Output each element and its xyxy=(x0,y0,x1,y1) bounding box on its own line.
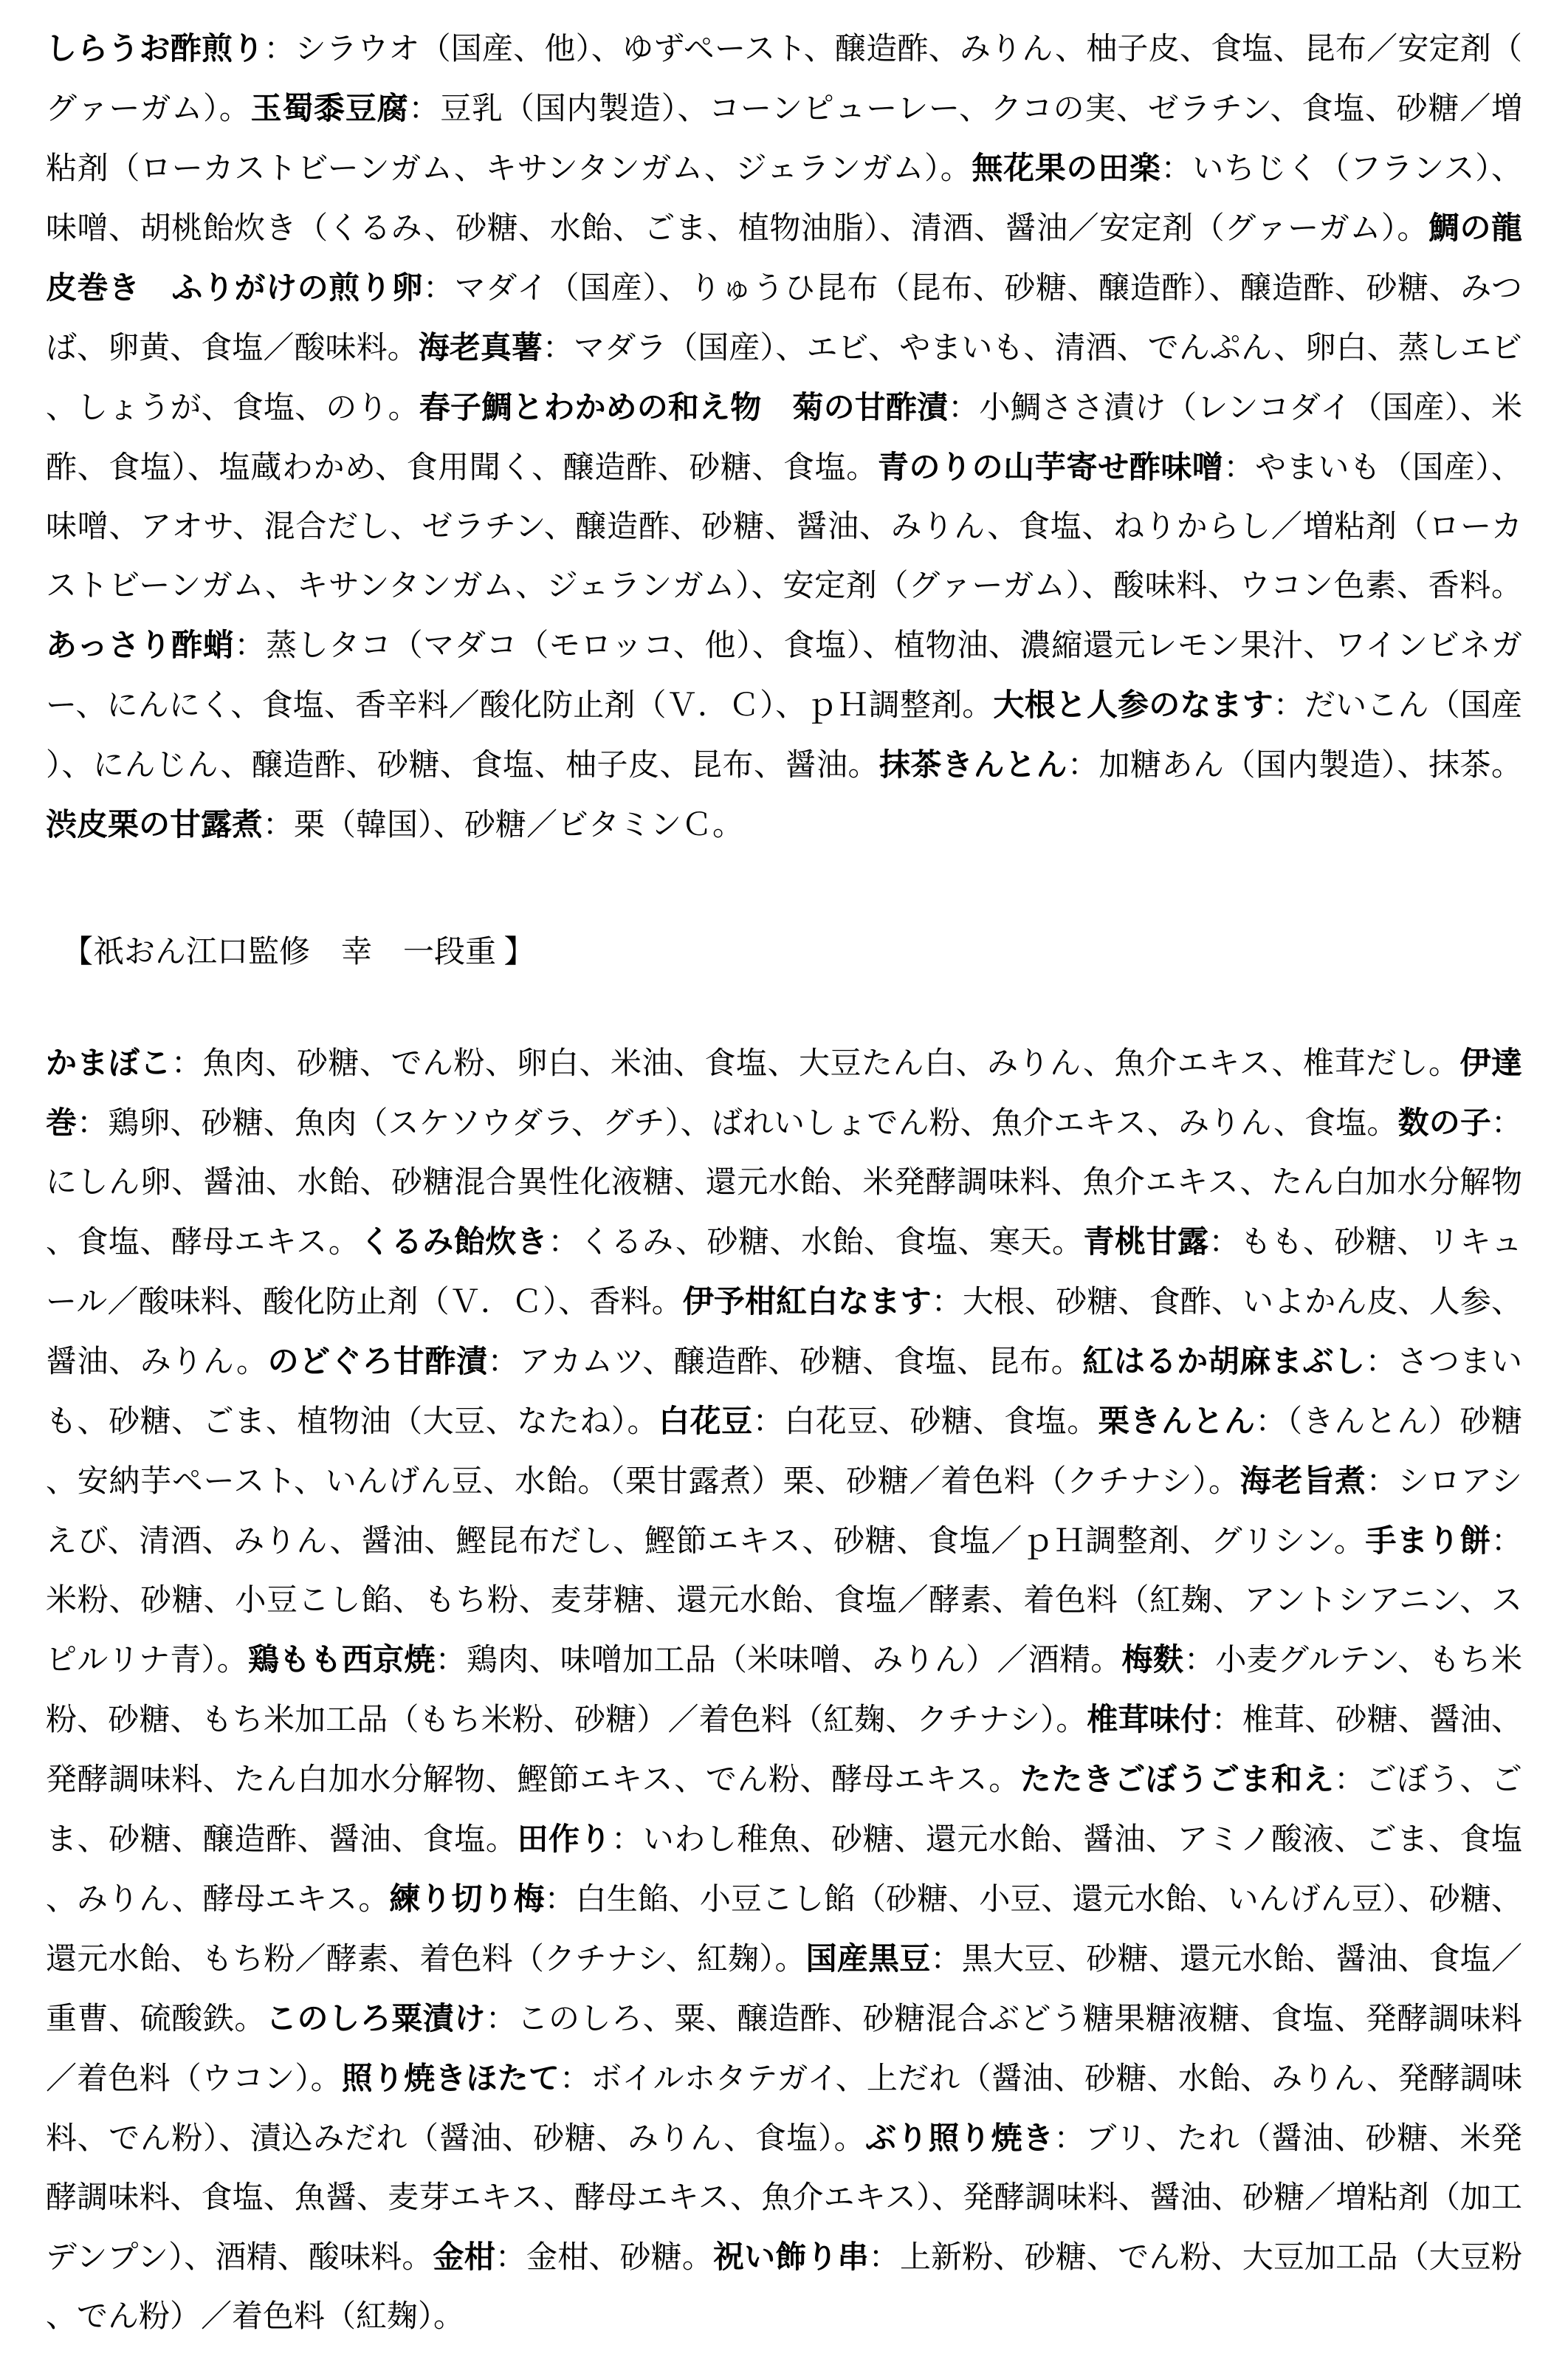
dish-name: 国産黒豆 xyxy=(806,1941,931,1976)
dish-name: かまぼこ xyxy=(46,1045,171,1080)
dish-name: 伊予柑紅白なます xyxy=(683,1284,932,1319)
dish-name: 田作り xyxy=(517,1822,611,1856)
ingredient-text: ：魚肉、砂糖、でん粉、卵白、米油、食塩、大豆たん白、みりん、魚介エキス、椎茸だし… xyxy=(171,1047,1459,1081)
ingredient-text: ：加糖あん（国内製造）、抹茶。 xyxy=(1067,749,1522,783)
dish-name: 春子鯛とわかめの和え物 菊の甘酢漬 xyxy=(419,390,948,425)
dish-name: 抹茶きんとん xyxy=(879,747,1067,782)
dish-name: 渋皮栗の甘露煮 xyxy=(46,807,263,842)
dish-name: 数の子 xyxy=(1398,1105,1491,1140)
dish-name: 青のりの山芋寄せ酢味噌 xyxy=(878,450,1224,484)
ingredients-paragraph-2: かまぼこ：魚肉、砂糖、でん粉、卵白、米油、食塩、大豆たん白、みりん、魚介エキス、… xyxy=(46,1034,1522,2346)
dish-name: 大根と人参のなます xyxy=(993,687,1273,722)
dish-name: 玉蜀黍豆腐 xyxy=(251,91,409,126)
ingredient-text: ：栗（韓国）、砂糖／ビタミンＣ。 xyxy=(263,808,743,842)
dish-name: 海老旨煮 xyxy=(1240,1463,1366,1498)
dish-name: 無花果の田楽 xyxy=(972,151,1160,185)
dish-name: あっさり酢蛸 xyxy=(46,628,234,662)
dish-name: しらうお酢煎り xyxy=(46,31,264,66)
set-heading: 【祇おん江口監修 幸 一段重 】 xyxy=(62,923,1522,982)
ingredient-text: ：白花豆、砂糖、食塩。 xyxy=(753,1405,1098,1439)
ingredient-list-document: しらうお酢煎り：シラウオ（国産、他）、ゆずペースト、醸造酢、みりん、柚子皮、食塩… xyxy=(0,0,1568,2376)
dish-name: 手まり餅 xyxy=(1365,1523,1491,1558)
ingredient-text: ：鶏肉、味噌加工品（米味噌、みりん）／酒精。 xyxy=(436,1644,1122,1678)
dish-name: ぶり照り焼き xyxy=(865,2121,1053,2155)
ingredient-text: ：金柑、砂糖。 xyxy=(495,2241,713,2275)
dish-name: 金柑 xyxy=(433,2239,495,2274)
ingredients-paragraph-1: しらうお酢煎り：シラウオ（国産、他）、ゆずペースト、醸造酢、みりん、柚子皮、食塩… xyxy=(46,19,1522,855)
ingredient-text: ：アカムツ、醸造酢、砂糖、食塩、昆布。 xyxy=(488,1345,1083,1379)
dish-name: 照り焼きほたて xyxy=(342,2061,560,2095)
dish-name: 鶏もも西京焼 xyxy=(248,1642,436,1677)
dish-name: 椎茸味付 xyxy=(1087,1702,1211,1737)
dish-name: 青桃甘露 xyxy=(1083,1224,1208,1259)
dish-name: のどぐろ甘酢漬 xyxy=(268,1344,488,1378)
dish-name: 練り切り梅 xyxy=(389,1881,544,1916)
dish-name: 白花豆 xyxy=(659,1404,753,1438)
dish-name: 祝い飾り串 xyxy=(713,2239,869,2274)
dish-name: くるみ飴炊き xyxy=(360,1224,548,1259)
dish-name: 紅はるか胡麻まぶし xyxy=(1082,1344,1365,1378)
dish-name: 梅麩 xyxy=(1122,1642,1185,1677)
dish-name: 海老真薯 xyxy=(419,330,543,365)
ingredient-text: ：くるみ、砂糖、水飴、食塩、寒天。 xyxy=(548,1226,1083,1260)
dish-name: 栗きんとん xyxy=(1098,1404,1256,1438)
ingredient-text: ：鶏卵、砂糖、魚肉（スケソウダラ、グチ）、ばれいしょでん粉、魚介エキス、みりん、… xyxy=(77,1107,1397,1141)
dish-name: たたきごぼうごま和え xyxy=(1020,1762,1334,1796)
dish-name: このしろ粟漬け xyxy=(266,2001,486,2036)
